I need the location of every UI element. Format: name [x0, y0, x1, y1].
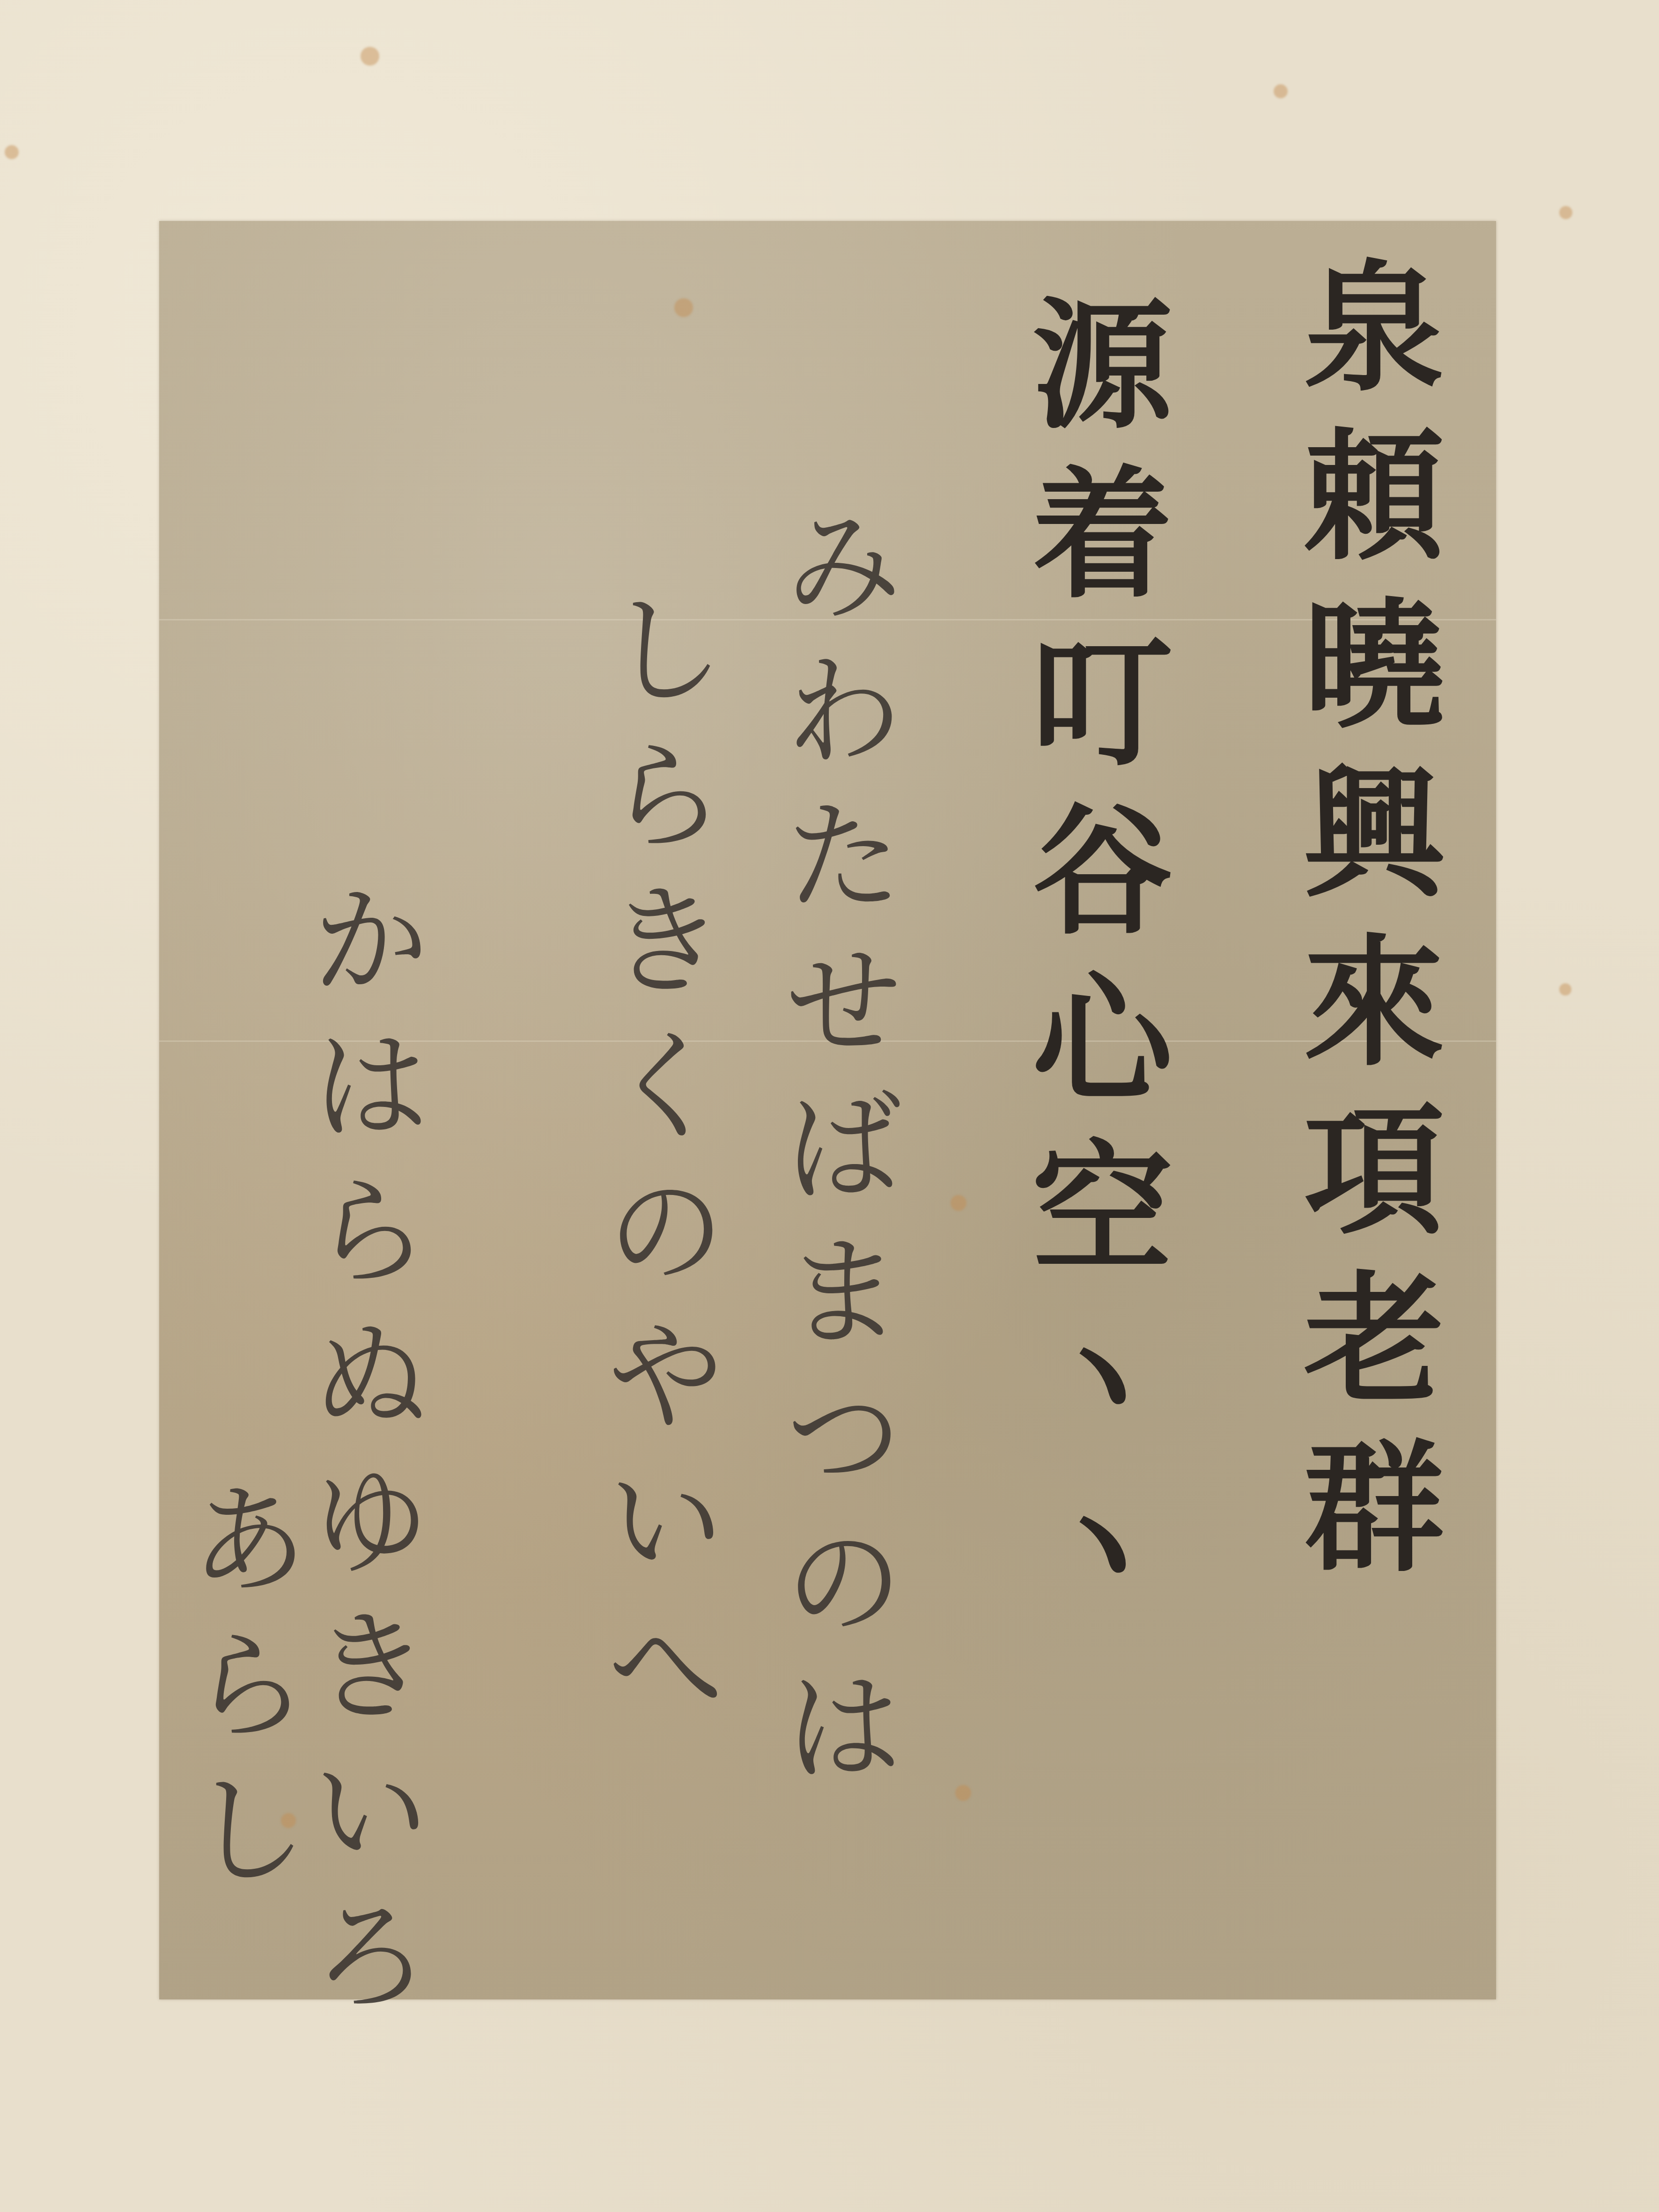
calligraphy-column-5: かはらぬゆきいろ [300, 877, 421, 2038]
calligraphy-column-2: 源着叮谷心空ヽヽ [1021, 291, 1161, 1640]
foxing-spot [951, 1195, 966, 1211]
calligraphy-paper: 泉頼曉興來項老群 源着叮谷心空ヽヽ みわたせばまつのは しらきくのやいへ かはら… [159, 221, 1496, 1999]
foxing-spot [1559, 983, 1571, 995]
foxing-spot [5, 145, 19, 159]
calligraphy-column-1: 泉頼曉興來項老群 [1292, 254, 1433, 1602]
foxing-spot [361, 47, 379, 66]
foxing-spot [955, 1785, 971, 1801]
calligraphy-column-4: しらきくのやいへ [595, 586, 716, 1747]
calligraphy-column-6: あらし [178, 1476, 300, 1911]
foxing-spot [674, 298, 693, 317]
foxing-spot [1274, 84, 1288, 98]
foxing-spot [1559, 206, 1572, 219]
calligraphy-column-3: みわたせばまつのは [773, 502, 894, 1808]
